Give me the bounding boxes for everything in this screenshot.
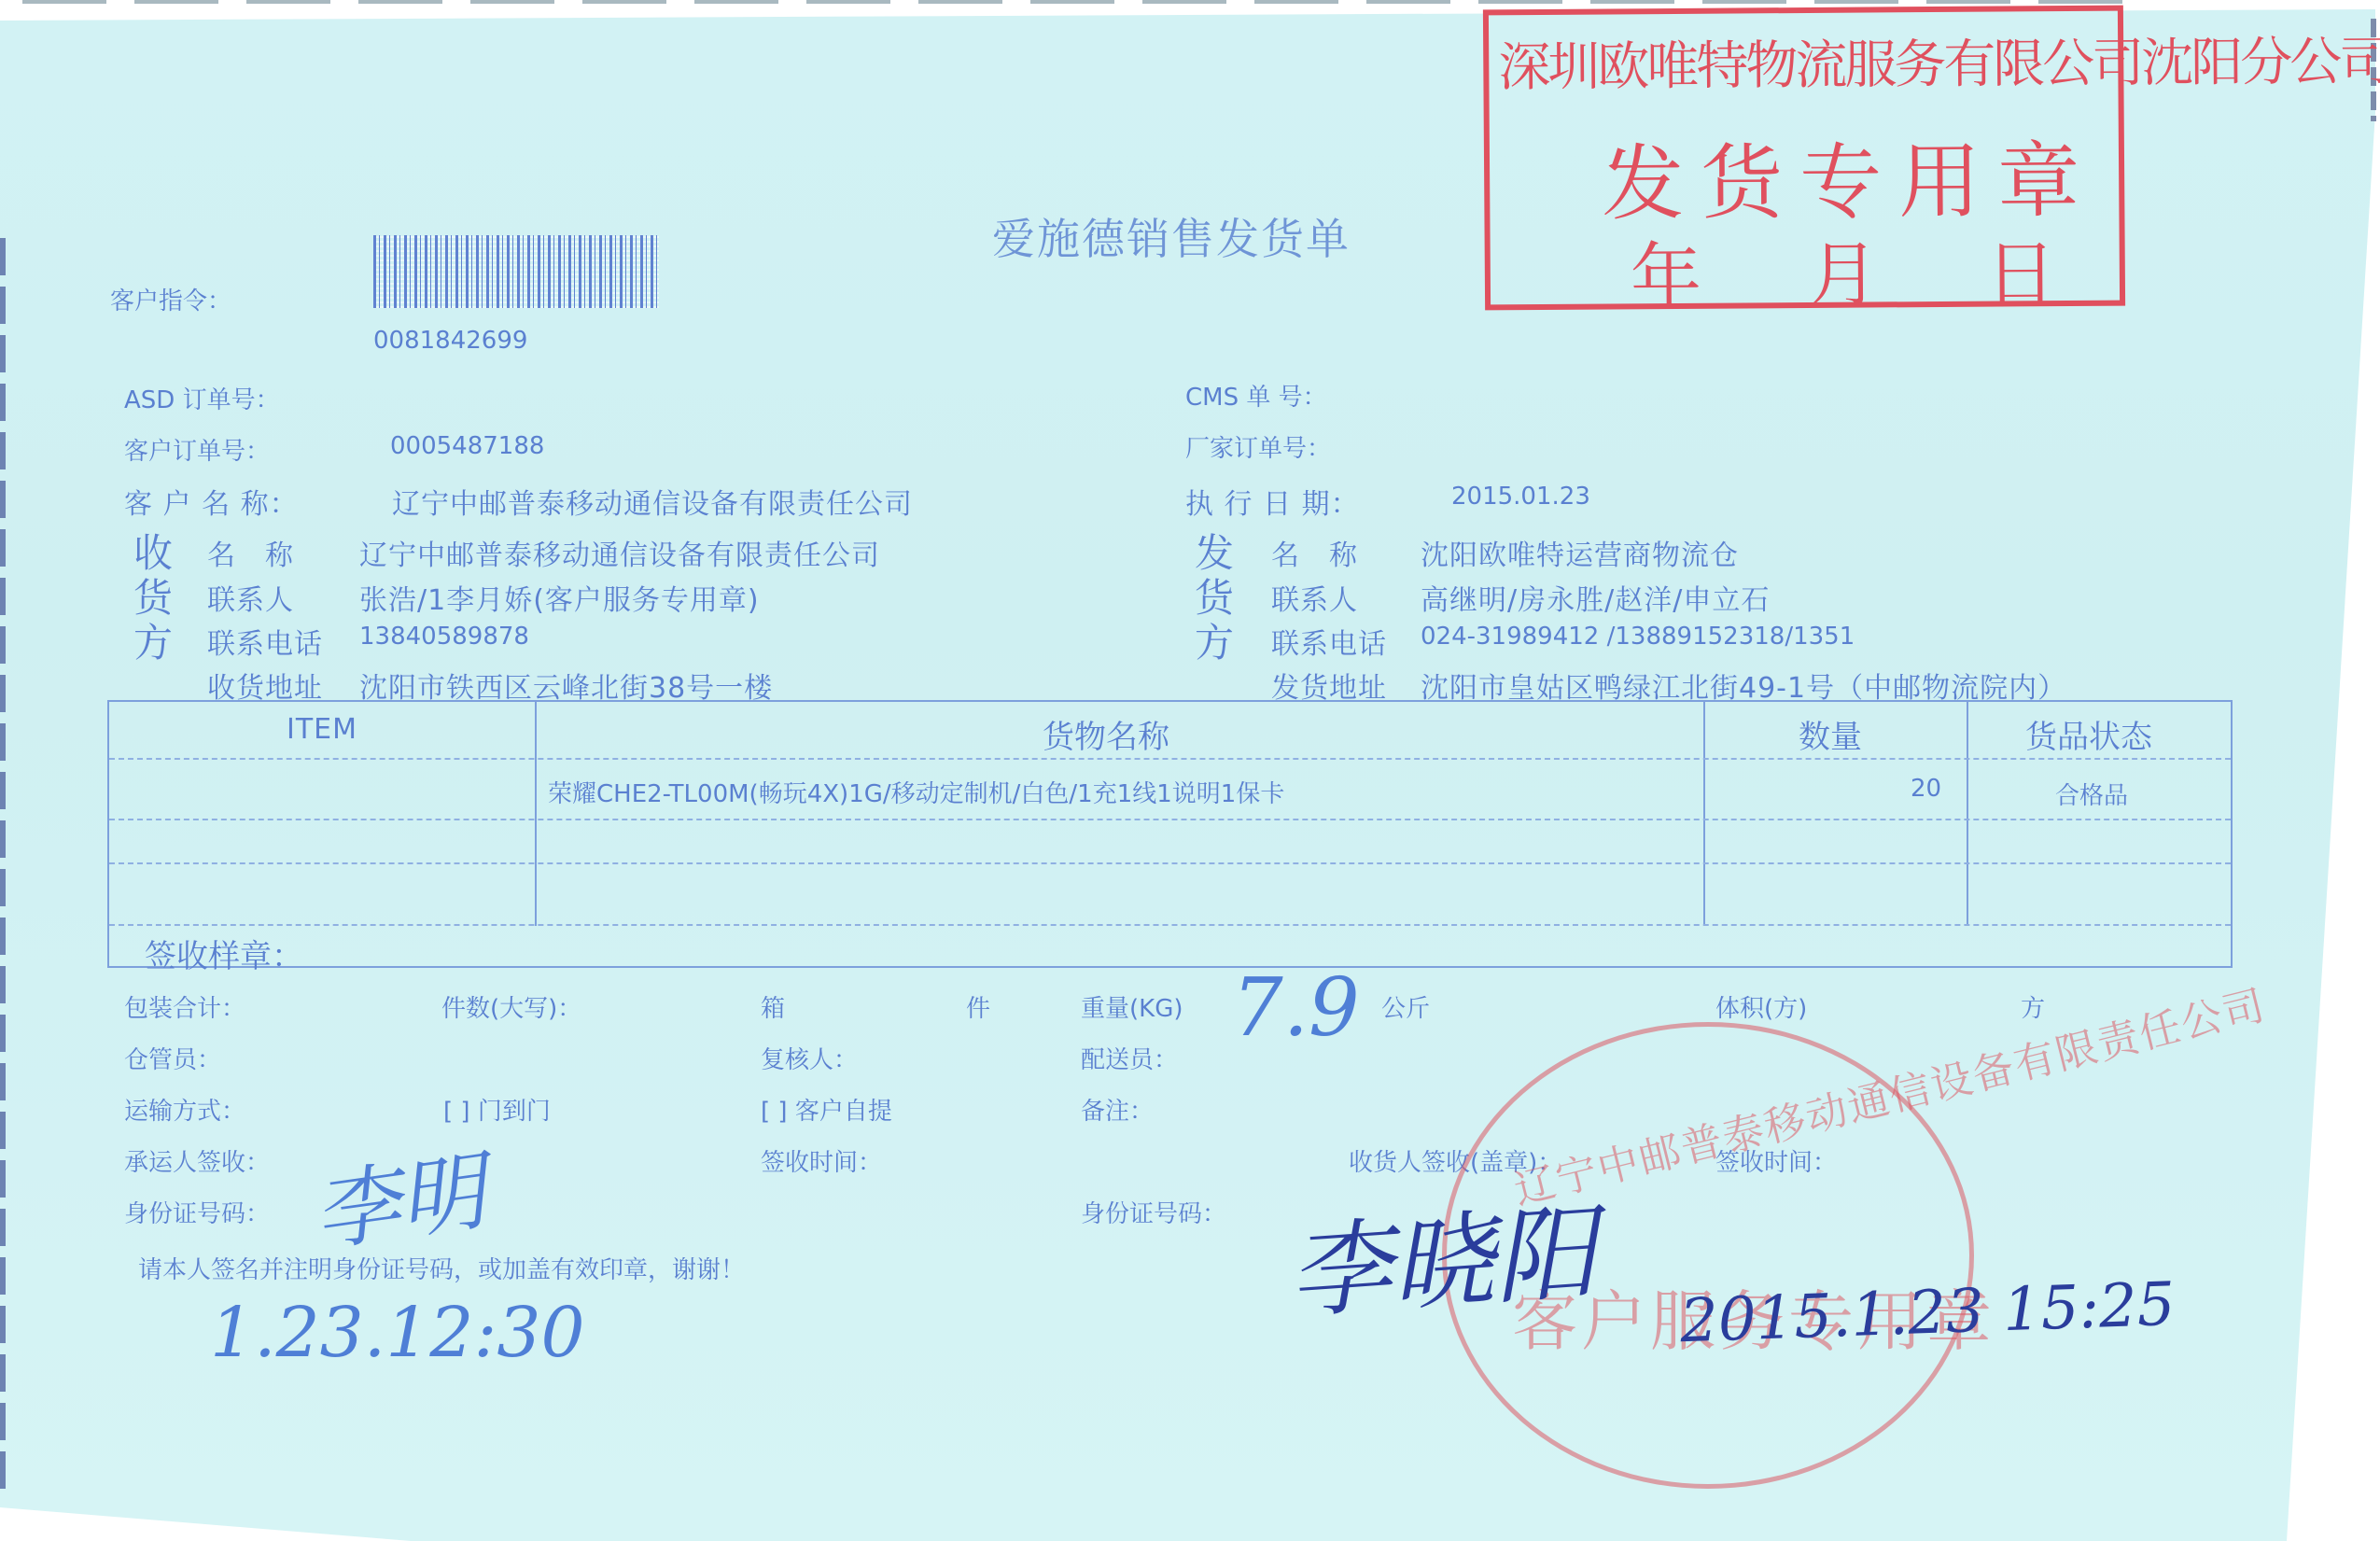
package-total-label: 包装合计： — [124, 989, 245, 1024]
pieces-label: 件数(大写)： — [441, 989, 581, 1024]
document-title: 爱施德销售发货单 — [992, 205, 1351, 267]
header-status: 货品状态 — [2025, 711, 2152, 757]
volume-unit: 方 — [2021, 989, 2045, 1024]
sender-phone-label: 联系电话 — [1271, 621, 1387, 662]
shipping-stamp: 深圳欧唯特物流服务有限公司沈阳分公司 发货专用章 年 月 日 — [1483, 6, 2125, 311]
weight-label: 重量(KG) — [1081, 989, 1183, 1024]
cms-label: CMS 单 号： — [1185, 378, 1327, 413]
asd-order-label: ASD 订单号： — [124, 381, 280, 415]
receiver-contact-value: 张浩/1李月娇(客户服务专用章) — [359, 577, 760, 618]
row-divider — [109, 758, 2231, 760]
customer-instruction-label: 客户指令： — [110, 282, 231, 316]
self-pickup-checkbox[interactable]: [ ] 客户自提 — [761, 1092, 892, 1127]
perforation-top — [22, 0, 2122, 4]
customer-instruction-number: 0081842699 — [373, 327, 527, 355]
receiver-id-label: 身份证号码： — [1081, 1195, 1226, 1229]
receiver-name-label: 名 称 — [207, 532, 294, 573]
barcode — [373, 235, 659, 308]
carrier-sign-label: 承运人签收： — [124, 1143, 270, 1178]
door-to-door-checkbox[interactable]: [ ] 门到门 — [443, 1092, 551, 1127]
carrier-handwritten-time: 1.23.12:30 — [210, 1293, 585, 1373]
piece-unit: 件 — [966, 989, 990, 1024]
deliverer-label: 配送员： — [1081, 1041, 1178, 1075]
weight-unit: 公斤 — [1381, 989, 1430, 1024]
shipping-stamp-date: 年 月 日 — [1630, 217, 2056, 321]
col-divider — [535, 702, 537, 926]
factory-order-label: 厂家订单号： — [1185, 429, 1331, 464]
perforation-left — [0, 238, 6, 1498]
header-goods-name: 货物名称 — [1043, 711, 1169, 757]
customer-name-label: 客 户 名 称： — [124, 481, 299, 522]
customer-order-label: 客户订单号： — [124, 432, 270, 467]
receiver-phone-label: 联系电话 — [207, 621, 323, 662]
sender-contact-value: 高继明/房永胜/赵洋/申立石 — [1421, 577, 1770, 618]
items-table: ITEM 货物名称 数量 货品状态 荣耀CHE2-TL00M(畅玩4X)1G/移… — [107, 700, 2233, 968]
handwritten-weight: 7.9 — [1232, 961, 1360, 1055]
remark-label: 备注： — [1081, 1092, 1154, 1127]
col-divider — [1967, 702, 1968, 926]
warehouse-label: 仓管员： — [124, 1041, 221, 1075]
header-quantity: 数量 — [1799, 711, 1862, 757]
box-label: 箱 — [761, 989, 785, 1024]
row-goods-name: 荣耀CHE2-TL00M(畅玩4X)1G/移动定制机/白色/1充1线1说明1保卡 — [548, 775, 1284, 809]
transport-label: 运输方式： — [124, 1092, 245, 1127]
carrier-sign-time-label: 签收时间： — [761, 1143, 882, 1178]
receiver-phone-value: 13840589878 — [359, 623, 529, 651]
sender-contact-label: 联系人 — [1271, 577, 1358, 618]
row-quantity: 20 — [1911, 775, 1941, 803]
carrier-signature: 李明 — [305, 1123, 493, 1268]
row-status: 合格品 — [2055, 777, 2128, 811]
exec-date-value: 2015.01.23 — [1451, 483, 1590, 511]
sender-name-value: 沈阳欧唯特运营商物流仓 — [1421, 532, 1739, 573]
receiver-name-value: 辽宁中邮普泰移动通信设备有限责任公司 — [359, 532, 880, 573]
receiver-signature: 李晓阳 — [1283, 1170, 1601, 1339]
sign-stamp-label: 签收样章： — [145, 931, 303, 976]
sender-phone-value: 024-31989412 /13889152318/1351 — [1421, 623, 1855, 651]
shipping-stamp-company: 深圳欧唯特物流服务有限公司沈阳分公司 — [1498, 21, 2380, 102]
reviewer-label: 复核人： — [761, 1041, 858, 1075]
header-item: ITEM — [287, 713, 357, 746]
receiver-side-char-3: 方 — [133, 612, 173, 668]
receiver-contact-label: 联系人 — [207, 577, 294, 618]
sender-side-char-3: 方 — [1195, 612, 1234, 668]
volume-label: 体积(方) — [1715, 989, 1807, 1024]
row-divider — [109, 862, 2231, 864]
customer-order-value: 0005487188 — [390, 432, 544, 460]
col-divider — [1703, 702, 1705, 926]
row-divider — [109, 819, 2231, 820]
exec-date-label: 执 行 日 期： — [1185, 481, 1360, 522]
sender-name-label: 名 称 — [1271, 532, 1358, 573]
row-divider — [109, 924, 2231, 926]
signature-notice: 请本人签名并注明身份证号码，或加盖有效印章，谢谢！ — [138, 1251, 745, 1285]
customer-name-value: 辽宁中邮普泰移动通信设备有限责任公司 — [392, 481, 913, 522]
carrier-id-label: 身份证号码： — [124, 1195, 270, 1229]
